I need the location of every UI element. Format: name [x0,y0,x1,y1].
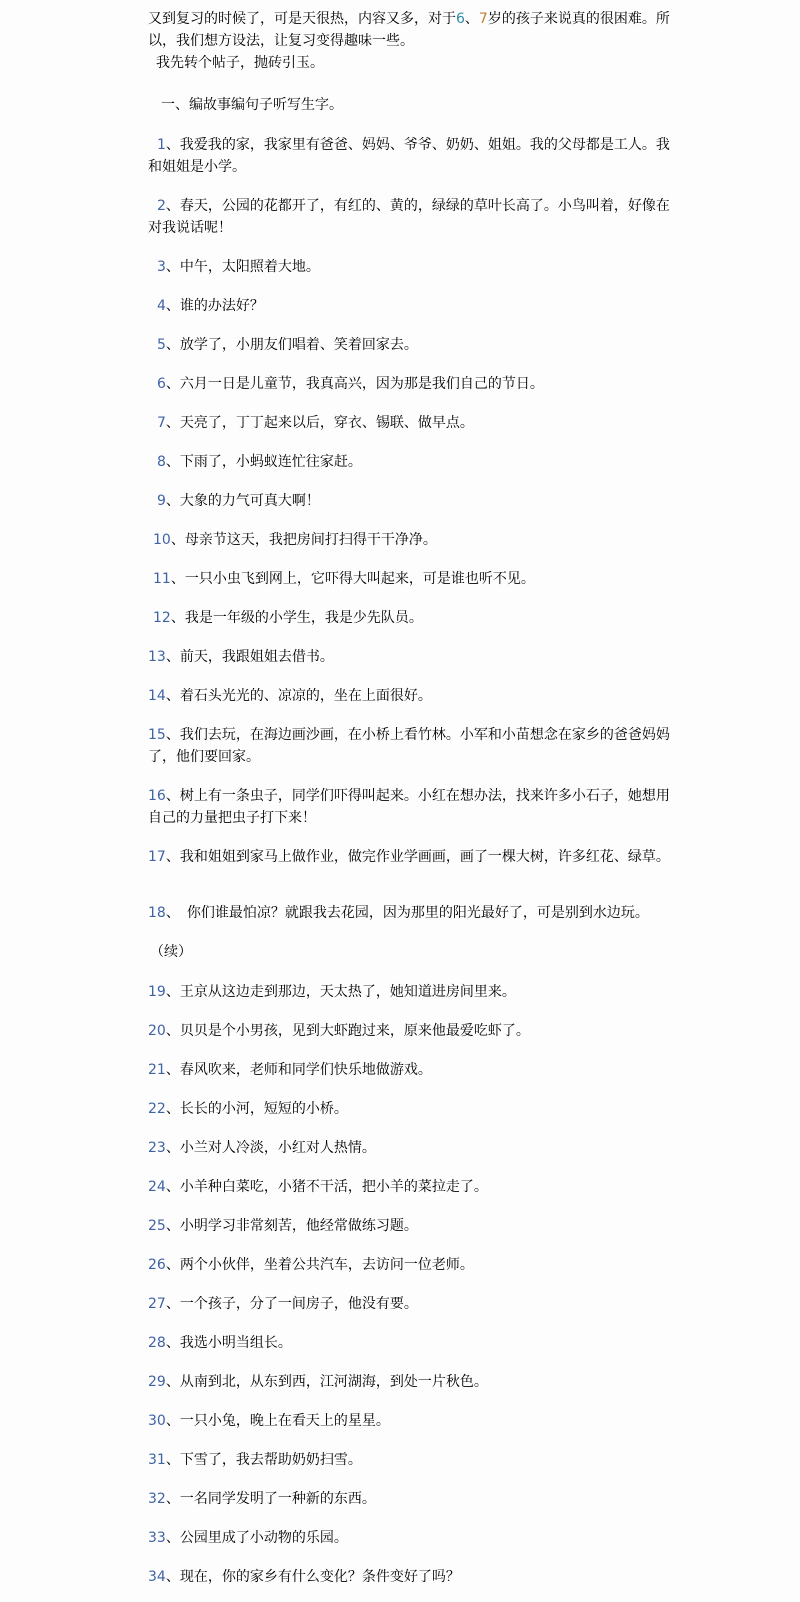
item-separator: 、 [166,1491,180,1507]
item-number: 15 [148,727,166,743]
item-separator: 、 [166,376,180,392]
item-separator: 、 [166,1257,180,1273]
list-item: 28、我选小明当组长。 [148,1332,682,1354]
item-separator: 、 [166,198,180,214]
list-item: 4、谁的办法好？ [148,295,682,317]
item-separator: 、 [166,1062,180,1078]
item-separator: 、 [166,1569,180,1585]
item-text: 现在，你的家乡有什么变化？条件变好了吗？ [180,1569,460,1585]
item-text: 长长的小河，短短的小桥。 [180,1101,348,1117]
item-number: 10 [153,532,171,548]
list-item: 8、下雨了，小蚂蚁连忙往家赶。 [148,451,682,473]
item-text: 一只小虫飞到网上，它吓得大叫起来，可是谁也听不见。 [185,571,535,587]
item-number: 23 [148,1140,166,1156]
list-item: 9、大象的力气可真大啊！ [148,490,682,512]
item-number: 30 [148,1413,166,1429]
list-item: 2、春天，公园的花都开了，有红的、黄的，绿绿的草叶长高了。小鸟叫着，好像在对我说… [148,195,682,239]
item-separator: 、 [166,415,180,431]
item-text: 我选小明当组长。 [180,1335,292,1351]
item-separator: 、 [171,610,185,626]
item-number: 2 [157,198,166,214]
item-number: 32 [148,1491,166,1507]
intro-paragraph: 又到复习的时候了，可是天很热，内容又多，对于6、7岁的孩子来说真的很困难。所以，… [148,8,682,52]
item-number: 7 [157,415,166,431]
list-item: 23、小兰对人冷淡，小红对人热情。 [148,1137,682,1159]
item-number: 25 [148,1218,166,1234]
item-text: 两个小伙伴，坐着公共汽车，去访问一位老师。 [180,1257,474,1273]
item-separator: 、 [166,1023,180,1039]
item-number: 9 [157,493,166,509]
item-text: 我是一年级的小学生，我是少先队员。 [185,610,423,626]
section-heading: 一、编故事编句子听写生字。 [148,94,682,116]
item-number: 28 [148,1335,166,1351]
list-item: 27、一个孩子，分了一间房子，他没有要。 [148,1293,682,1315]
item-number: 12 [153,610,171,626]
item-separator: 、 [166,649,180,665]
item-separator: 、 [166,137,180,153]
item-text: 中午，太阳照着大地。 [180,259,320,275]
list-item: 11、一只小虫飞到网上，它吓得大叫起来，可是谁也听不见。 [148,568,682,590]
item-separator: 、 [166,1335,180,1351]
list-item: 20、贝贝是个小男孩，见到大虾跑过来，原来他最爱吃虾了。 [148,1020,682,1042]
item-separator: 、 [166,788,180,804]
list-item: 34、现在，你的家乡有什么变化？条件变好了吗？ [148,1566,682,1588]
list-item: 12、我是一年级的小学生，我是少先队员。 [148,607,682,629]
intro-text-before: 又到复习的时候了，可是天很热，内容又多，对于 [148,11,456,27]
item-separator: 、 [166,337,180,353]
item-text: 春风吹来，老师和同学们快乐地做游戏。 [180,1062,432,1078]
item-number: 19 [148,984,166,1000]
item-number: 16 [148,788,166,804]
item-separator: 、 [166,298,180,314]
item-text: 着石头光光的、凉凉的，坐在上面很好。 [180,688,432,704]
item-text: 我爱我的家，我家里有爸爸、妈妈、爷爷、奶奶、姐姐。我的父母都是工人。我和姐姐是小… [148,137,670,175]
item-separator: 、 [166,493,180,509]
item-separator: 、 [166,1413,180,1429]
list-item: 30、一只小兔，晚上在看天上的星星。 [148,1410,682,1432]
item-number: 33 [148,1530,166,1546]
item-separator: 、 [166,1101,180,1117]
list-item: 29、从南到北，从东到西，江河湖海，到处一片秋色。 [148,1371,682,1393]
item-text: 我和姐姐到家马上做作业，做完作业学画画，画了一棵大树，许多红花、绿草。 [180,849,670,865]
item-number: 13 [148,649,166,665]
intro-number-7: 7 [479,11,488,27]
item-text: 贝贝是个小男孩，见到大虾跑过来，原来他最爱吃虾了。 [180,1023,530,1039]
document-page: 又到复习的时候了，可是天很热，内容又多，对于6、7岁的孩子来说真的很困难。所以，… [148,8,682,1588]
item-number: 18 [148,905,166,921]
item-separator: 、 [166,1179,180,1195]
list-item: 6、六月一日是儿童节，我真高兴，因为那是我们自己的节日。 [148,373,682,395]
item-separator: 、 [166,849,180,865]
list-item: 16、树上有一条虫子，同学们吓得叫起来。小红在想办法，找来许多小石子，她想用自己… [148,785,682,829]
list-item: 10、母亲节这天，我把房间打扫得干干净净。 [148,529,682,551]
item-text: 天亮了，丁丁起来以后，穿衣、锡联、做早点。 [180,415,474,431]
item-separator: 、 [166,905,173,921]
item-text: 下雨了，小蚂蚁连忙往家赶。 [180,454,362,470]
item-number: 8 [157,454,166,470]
item-separator: 、 [166,984,180,1000]
item-text: 你们谁最怕凉？就跟我去花园，因为那里的阳光最好了，可是别到水边玩。 [173,905,649,921]
list-item: 21、春风吹来，老师和同学们快乐地做游戏。 [148,1059,682,1081]
list-item: 15、我们去玩，在海边画沙画，在小桥上看竹林。小军和小苗想念在家乡的爸爸妈妈了，… [148,724,682,768]
item-separator: 、 [166,1218,180,1234]
item-separator: 、 [166,727,180,743]
item-text: 树上有一条虫子，同学们吓得叫起来。小红在想办法，找来许多小石子，她想用自己的力量… [148,788,670,826]
list-item: 32、一名同学发明了一种新的东西。 [148,1488,682,1510]
list-item: 18、 你们谁最怕凉？就跟我去花园，因为那里的阳光最好了，可是别到水边玩。 [148,902,682,924]
list-item: 3、中午，太阳照着大地。 [148,256,682,278]
item-text: 王京从这边走到那边，天太热了，她知道进房间里来。 [180,984,516,1000]
intro-number-6: 6 [456,11,465,27]
item-text: 六月一日是儿童节，我真高兴，因为那是我们自己的节日。 [180,376,544,392]
item-number: 20 [148,1023,166,1039]
item-text: 大象的力气可真大啊！ [180,493,320,509]
item-separator: 、 [166,1452,180,1468]
item-text: 公园里成了小动物的乐园。 [180,1530,348,1546]
item-number: 31 [148,1452,166,1468]
item-number: 17 [148,849,166,865]
item-separator: 、 [166,259,180,275]
list-item: 31、下雪了，我去帮助奶奶扫雪。 [148,1449,682,1471]
item-number: 22 [148,1101,166,1117]
item-number: 3 [157,259,166,275]
list-item: 33、公园里成了小动物的乐园。 [148,1527,682,1549]
list-item: 13、前天，我跟姐姐去借书。 [148,646,682,668]
item-number: 29 [148,1374,166,1390]
list-item: 7、天亮了，丁丁起来以后，穿衣、锡联、做早点。 [148,412,682,434]
item-number: 11 [153,571,171,587]
list-item: 22、长长的小河，短短的小桥。 [148,1098,682,1120]
sentence-list-part2: 19、王京从这边走到那边，天太热了，她知道进房间里来。 20、贝贝是个小男孩，见… [148,981,682,1588]
list-item: 1、我爱我的家，我家里有爸爸、妈妈、爷爷、奶奶、姐姐。我的父母都是工人。我和姐姐… [148,134,682,178]
continuation-marker: （续） [148,941,682,963]
item-number: 14 [148,688,166,704]
item-text: 小羊种白菜吃，小猪不干活，把小羊的菜拉走了。 [180,1179,488,1195]
item-number: 1 [157,137,166,153]
list-item: 26、两个小伙伴，坐着公共汽车，去访问一位老师。 [148,1254,682,1276]
item-separator: 、 [166,688,180,704]
item-text: 一只小兔，晚上在看天上的星星。 [180,1413,390,1429]
intro-number-separator: 、 [465,11,479,27]
sentence-list-part1: 1、我爱我的家，我家里有爸爸、妈妈、爷爷、奶奶、姐姐。我的父母都是工人。我和姐姐… [148,134,682,924]
list-item: 25、小明学习非常刻苦，他经常做练习题。 [148,1215,682,1237]
item-number: 24 [148,1179,166,1195]
item-number: 4 [157,298,166,314]
item-text: 放学了，小朋友们唱着、笑着回家去。 [180,337,418,353]
list-item: 5、放学了，小朋友们唱着、笑着回家去。 [148,334,682,356]
item-text: 前天，我跟姐姐去借书。 [180,649,334,665]
item-separator: 、 [166,454,180,470]
item-text: 一个孩子，分了一间房子，他没有要。 [180,1296,418,1312]
item-separator: 、 [166,1296,180,1312]
item-text: 春天，公园的花都开了，有红的、黄的，绿绿的草叶长高了。小鸟叫着，好像在对我说话呢… [148,198,670,236]
list-item: 17、我和姐姐到家马上做作业，做完作业学画画，画了一棵大树，许多红花、绿草。 [148,846,682,868]
item-separator: 、 [171,532,185,548]
item-text: 小明学习非常刻苦，他经常做练习题。 [180,1218,418,1234]
opening-line: 我先转个帖子，抛砖引玉。 [148,52,682,74]
item-number: 6 [157,376,166,392]
item-separator: 、 [171,571,185,587]
item-text: 小兰对人冷淡，小红对人热情。 [180,1140,376,1156]
item-number: 27 [148,1296,166,1312]
item-separator: 、 [166,1374,180,1390]
item-number: 26 [148,1257,166,1273]
item-text: 谁的办法好？ [180,298,264,314]
list-item: 24、小羊种白菜吃，小猪不干活，把小羊的菜拉走了。 [148,1176,682,1198]
item-separator: 、 [166,1140,180,1156]
item-text: 母亲节这天，我把房间打扫得干干净净。 [185,532,437,548]
item-text: 我们去玩，在海边画沙画，在小桥上看竹林。小军和小苗想念在家乡的爸爸妈妈了，他们要… [148,727,670,765]
item-text: 一名同学发明了一种新的东西。 [180,1491,376,1507]
item-text: 下雪了，我去帮助奶奶扫雪。 [180,1452,362,1468]
item-separator: 、 [166,1530,180,1546]
list-item: 19、王京从这边走到那边，天太热了，她知道进房间里来。 [148,981,682,1003]
list-item: 14、着石头光光的、凉凉的，坐在上面很好。 [148,685,682,707]
item-number: 21 [148,1062,166,1078]
item-number: 5 [157,337,166,353]
item-number: 34 [148,1569,166,1585]
item-text: 从南到北，从东到西，江河湖海，到处一片秋色。 [180,1374,488,1390]
